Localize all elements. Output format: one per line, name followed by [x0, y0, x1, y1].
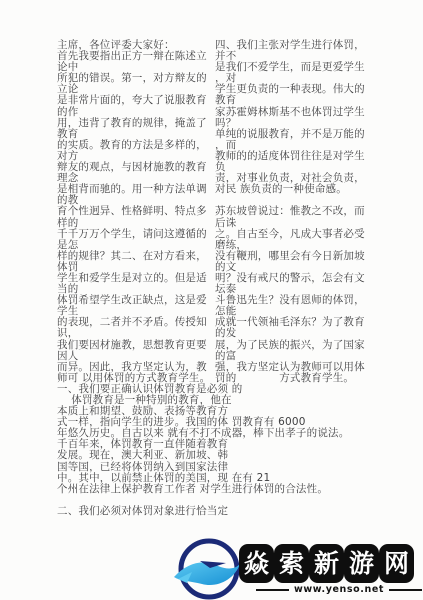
text-line: 教育	[215, 95, 365, 106]
text-line: 明？没有戒尺的警示，怎会有文	[215, 273, 365, 284]
text-line: 四、我们主张对学生进行体罚，	[215, 40, 365, 51]
text-line: 成就一代领袖毛泽东？为了教育	[215, 317, 365, 328]
text-line: 国等国，已经将体罚纳入到国家法律	[57, 462, 349, 473]
watermark-wave-logo-icon	[172, 537, 244, 600]
watermark-url: www.yenso.net	[294, 584, 384, 595]
watermark-seal-char: 焱	[240, 545, 273, 582]
watermark-seal-char: 新	[310, 545, 343, 582]
essay-page: 主席，各位评委大家好：首先我要指出正方一辩在陈述立论中所犯的错误。第一，对方辩友…	[0, 0, 423, 600]
text-line: 单纯的说服教育，并不是万能的	[215, 129, 365, 140]
text-line: 展，为了民族的振兴，为了国家	[215, 340, 365, 351]
watermark-seal-char: 索	[275, 545, 308, 582]
text-line: 教师的的适度体罚往往是对学生	[215, 151, 365, 162]
text-line: 对民 族负责的一种使命感。	[215, 184, 365, 195]
divider	[389, 589, 422, 591]
text-line: 罚的 方式教育学生。	[215, 373, 365, 384]
text-line: 个州在法律上保护教育工作者 对学生进行体罚的合法性。	[57, 484, 349, 495]
watermark-seal-char: 游	[345, 545, 378, 582]
divider	[256, 589, 289, 591]
text-line: 的发	[215, 328, 365, 339]
text-line: 发展。现在，澳大利亚、新加坡、韩	[57, 450, 349, 461]
watermark-url-row: www.yenso.net	[256, 584, 422, 595]
text-line: 是我们不爱学生，而是更爱学生	[215, 62, 365, 73]
essay-right-column: 四、我们主张对学生进行体罚，并不是我们不爱学生，而是更爱学生，对学生更负责的一种…	[215, 40, 365, 384]
watermark-seal-char: 网	[380, 545, 413, 582]
text-line: 后诛	[215, 218, 365, 229]
watermark-site-name: 焱 索 新 游 网	[240, 545, 413, 582]
text-line: 没有鞭刑，哪里会有今日新加坡	[215, 251, 365, 262]
text-line: 斗鲁迅先生？没有恩师的体罚，	[215, 295, 365, 306]
text-line: 学生更负责的一种表现。伟大的	[215, 84, 365, 95]
text-line: 苏东坡曾说过：惟教之不改，而	[215, 206, 365, 217]
text-line: 二、我们必须对体罚对象进行恰当定	[57, 506, 349, 517]
text-line: 家苏霍姆林斯基不也体罚过学生	[215, 107, 365, 118]
